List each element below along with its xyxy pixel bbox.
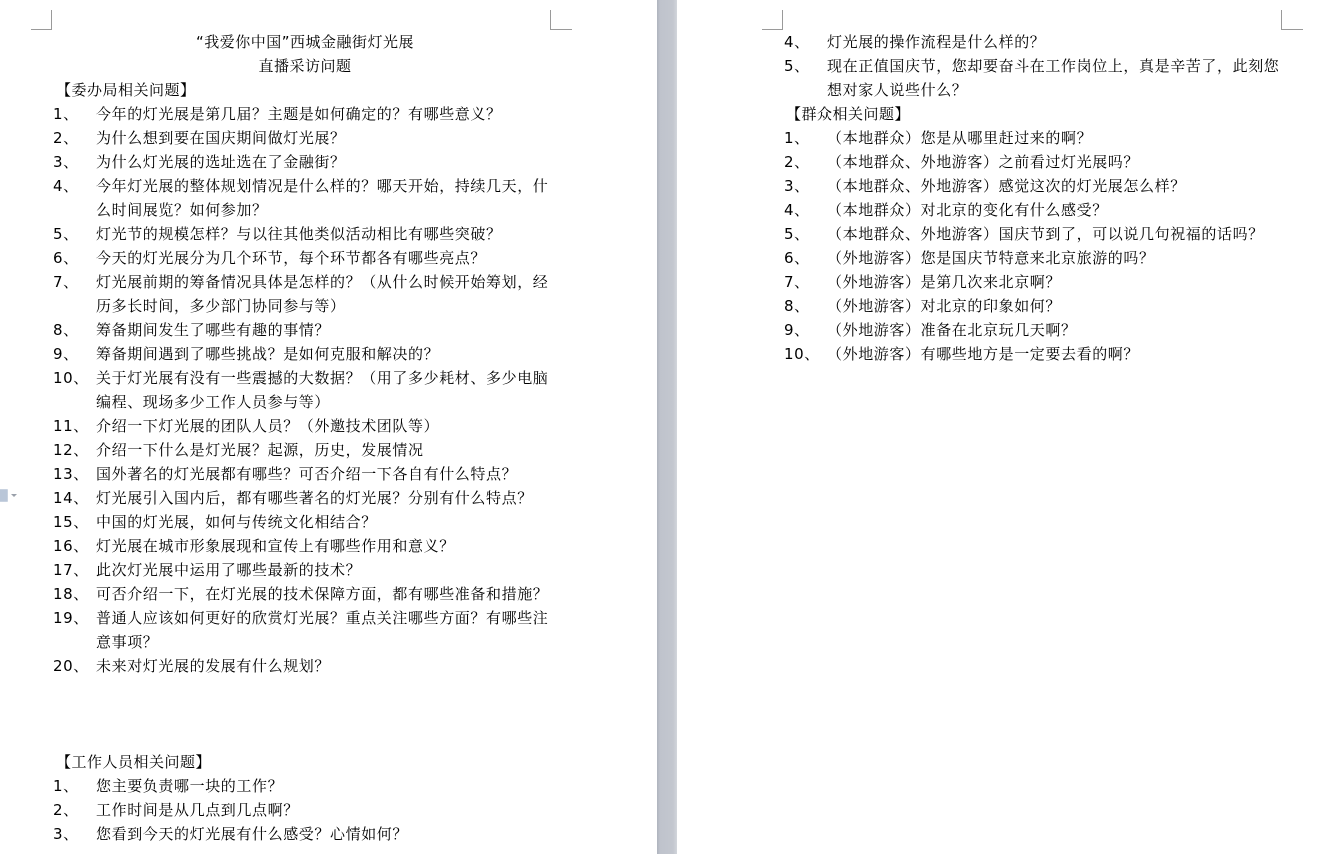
item-number: 1、 xyxy=(53,774,79,798)
clipboard-icon[interactable] xyxy=(0,489,8,502)
item-text: 灯光展的操作流程是什么样的？ xyxy=(827,30,1284,54)
item-number: 2、 xyxy=(53,126,79,150)
list-item: 8、筹备期间发生了哪些有趣的事情？ xyxy=(53,318,553,342)
item-text: 灯光节的规模怎样？与以往其他类似活动相比有哪些突破？ xyxy=(96,222,553,246)
list-item: 10、（外地游客）有哪些地方是一定要去看的啊？ xyxy=(784,342,1284,366)
list-item: 20、未来对灯光展的发展有什么规划？ xyxy=(53,654,553,678)
item-text: 介绍一下灯光展的团队人员？（外邀技术团队等） xyxy=(96,414,553,438)
list-item: 16、灯光展在城市形象展现和宣传上有哪些作用和意义？ xyxy=(53,534,553,558)
item-number: 15、 xyxy=(53,510,89,534)
list-item: 7、灯光展前期的筹备情况具体是怎样的？（从什么时候开始筹划，经历多长时间，多少部… xyxy=(53,270,553,318)
item-text: 灯光展前期的筹备情况具体是怎样的？（从什么时候开始筹划，经历多长时间，多少部门协… xyxy=(96,270,553,318)
item-text: 中国的灯光展，如何与传统文化相结合？ xyxy=(96,510,553,534)
list-item: 6、（外地游客）您是国庆节特意来北京旅游的吗？ xyxy=(784,246,1284,270)
item-text: （外地游客）准备在北京玩几天啊？ xyxy=(827,318,1284,342)
question-list-committee: 1、今年的灯光展是第几届？主题是如何确定的？有哪些意义？ 2、为什么想到要在国庆… xyxy=(53,102,553,678)
list-item: 1、您主要负责哪一块的工作？ xyxy=(53,774,553,798)
item-number: 4、 xyxy=(784,30,810,54)
item-number: 10、 xyxy=(53,366,89,390)
list-item: 10、关于灯光展有没有一些震撼的大数据？（用了多少耗材、多少电脑编程、现场多少工… xyxy=(53,366,553,414)
item-text: 为什么灯光展的选址选在了金融街？ xyxy=(96,150,553,174)
item-text: （本地群众、外地游客）感觉这次的灯光展怎么样？ xyxy=(827,174,1284,198)
document-page-1[interactable]: “我爱你中国”西城金融街灯光展 直播采访问题 【委办局相关问题】 1、今年的灯光… xyxy=(0,0,657,854)
item-text: （外地游客）对北京的印象如何？ xyxy=(827,294,1284,318)
list-item: 13、国外著名的灯光展都有哪些？可否介绍一下各自有什么特点？ xyxy=(53,462,553,486)
item-number: 2、 xyxy=(53,798,79,822)
item-number: 1、 xyxy=(784,126,810,150)
item-text: 今年的灯光展是第几届？主题是如何确定的？有哪些意义？ xyxy=(96,102,553,126)
list-item: 5、（本地群众、外地游客）国庆节到了，可以说几句祝福的话吗？ xyxy=(784,222,1284,246)
list-item: 9、（外地游客）准备在北京玩几天啊？ xyxy=(784,318,1284,342)
item-text: 现在正值国庆节，您却要奋斗在工作岗位上，真是辛苦了，此刻您想对家人说些什么？ xyxy=(827,54,1284,102)
item-number: 1、 xyxy=(53,102,79,126)
document-title: “我爱你中国”西城金融街灯光展 xyxy=(60,30,550,54)
section-header-committee: 【委办局相关问题】 xyxy=(56,78,196,102)
item-number: 4、 xyxy=(784,198,810,222)
item-text: 今年灯光展的整体规划情况是什么样的？哪天开始，持续几天，什么时间展览？如何参加？ xyxy=(96,174,553,222)
list-item: 3、（本地群众、外地游客）感觉这次的灯光展怎么样？ xyxy=(784,174,1284,198)
item-text: 筹备期间遇到了哪些挑战？是如何克服和解决的？ xyxy=(96,342,553,366)
item-number: 5、 xyxy=(784,222,810,246)
list-item: 2、工作时间是从几点到几点啊？ xyxy=(53,798,553,822)
section-header-public: 【群众相关问题】 xyxy=(786,102,910,126)
item-number: 3、 xyxy=(784,174,810,198)
item-text: 未来对灯光展的发展有什么规划？ xyxy=(96,654,553,678)
list-item: 2、为什么想到要在国庆期间做灯光展？ xyxy=(53,126,553,150)
item-number: 4、 xyxy=(53,174,79,198)
item-number: 3、 xyxy=(53,150,79,174)
item-text: 介绍一下什么是灯光展？起源，历史，发展情况 xyxy=(96,438,553,462)
list-item: 4、（本地群众）对北京的变化有什么感受？ xyxy=(784,198,1284,222)
item-text: 关于灯光展有没有一些震撼的大数据？（用了多少耗材、多少电脑编程、现场多少工作人员… xyxy=(96,366,553,414)
item-number: 14、 xyxy=(53,486,89,510)
item-text: 此次灯光展中运用了哪些最新的技术？ xyxy=(96,558,553,582)
item-text: 灯光展在城市形象展现和宣传上有哪些作用和意义？ xyxy=(96,534,553,558)
item-number: 12、 xyxy=(53,438,89,462)
item-text: 工作时间是从几点到几点啊？ xyxy=(96,798,553,822)
page-gutter xyxy=(657,0,677,854)
list-item: 4、灯光展的操作流程是什么样的？ xyxy=(784,30,1284,54)
list-item: 12、介绍一下什么是灯光展？起源，历史，发展情况 xyxy=(53,438,553,462)
item-text: 灯光展引入国内后，都有哪些著名的灯光展？分别有什么特点？ xyxy=(96,486,553,510)
item-number: 8、 xyxy=(53,318,79,342)
item-number: 11、 xyxy=(53,414,89,438)
item-text: 国外著名的灯光展都有哪些？可否介绍一下各自有什么特点？ xyxy=(96,462,553,486)
page-corner-mark-top-right xyxy=(1281,10,1303,30)
item-number: 19、 xyxy=(53,606,89,630)
list-item: 19、普通人应该如何更好的欣赏灯光展？重点关注哪些方面？有哪些注意事项？ xyxy=(53,606,553,654)
list-item: 11、介绍一下灯光展的团队人员？（外邀技术团队等） xyxy=(53,414,553,438)
list-item: 6、今天的灯光展分为几个环节，每个环节都各有哪些亮点？ xyxy=(53,246,553,270)
item-number: 16、 xyxy=(53,534,89,558)
item-text: （本地群众）对北京的变化有什么感受？ xyxy=(827,198,1284,222)
item-number: 20、 xyxy=(53,654,89,678)
list-item: 9、筹备期间遇到了哪些挑战？是如何克服和解决的？ xyxy=(53,342,553,366)
item-number: 2、 xyxy=(784,150,810,174)
item-number: 7、 xyxy=(53,270,79,294)
item-number: 17、 xyxy=(53,558,89,582)
list-item: 14、灯光展引入国内后，都有哪些著名的灯光展？分别有什么特点？ xyxy=(53,486,553,510)
question-list-staff: 1、您主要负责哪一块的工作？ 2、工作时间是从几点到几点啊？ 3、您看到今天的灯… xyxy=(53,774,553,846)
item-number: 18、 xyxy=(53,582,89,606)
page-corner-mark-top-left xyxy=(31,10,52,30)
item-number: 9、 xyxy=(53,342,79,366)
list-item: 3、您看到今天的灯光展有什么感受？心情如何？ xyxy=(53,822,553,846)
list-item: 2、（本地群众、外地游客）之前看过灯光展吗？ xyxy=(784,150,1284,174)
list-item: 1、今年的灯光展是第几届？主题是如何确定的？有哪些意义？ xyxy=(53,102,553,126)
item-text: 普通人应该如何更好的欣赏灯光展？重点关注哪些方面？有哪些注意事项？ xyxy=(96,606,553,654)
item-number: 8、 xyxy=(784,294,810,318)
item-text: 为什么想到要在国庆期间做灯光展？ xyxy=(96,126,553,150)
list-item: 17、此次灯光展中运用了哪些最新的技术？ xyxy=(53,558,553,582)
item-text: （本地群众、外地游客）国庆节到了，可以说几句祝福的话吗？ xyxy=(827,222,1284,246)
list-item: 5、灯光节的规模怎样？与以往其他类似活动相比有哪些突破？ xyxy=(53,222,553,246)
item-text: （外地游客）您是国庆节特意来北京旅游的吗？ xyxy=(827,246,1284,270)
section-header-staff: 【工作人员相关问题】 xyxy=(56,750,211,774)
question-list-public: 1、（本地群众）您是从哪里赶过来的啊？ 2、（本地群众、外地游客）之前看过灯光展… xyxy=(784,126,1284,366)
item-number: 6、 xyxy=(53,246,79,270)
document-subtitle: 直播采访问题 xyxy=(60,54,550,78)
item-text: 可否介绍一下，在灯光展的技术保障方面，都有哪些准备和措施？ xyxy=(96,582,553,606)
list-item: 8、（外地游客）对北京的印象如何？ xyxy=(784,294,1284,318)
item-text: 筹备期间发生了哪些有趣的事情？ xyxy=(96,318,553,342)
item-number: 13、 xyxy=(53,462,89,486)
list-item: 1、（本地群众）您是从哪里赶过来的啊？ xyxy=(784,126,1284,150)
item-number: 3、 xyxy=(53,822,79,846)
page-corner-mark-top-right xyxy=(550,10,572,30)
item-number: 5、 xyxy=(784,54,810,78)
item-text: （外地游客）是第几次来北京啊？ xyxy=(827,270,1284,294)
item-text: （本地群众）您是从哪里赶过来的啊？ xyxy=(827,126,1284,150)
page-corner-mark-top-left xyxy=(762,10,783,30)
item-number: 6、 xyxy=(784,246,810,270)
item-text: 您看到今天的灯光展有什么感受？心情如何？ xyxy=(96,822,553,846)
chevron-down-icon[interactable] xyxy=(11,494,17,497)
item-number: 5、 xyxy=(53,222,79,246)
document-page-2[interactable]: 4、灯光展的操作流程是什么样的？ 5、现在正值国庆节，您却要奋斗在工作岗位上，真… xyxy=(677,0,1320,854)
question-list-staff-continued: 4、灯光展的操作流程是什么样的？ 5、现在正值国庆节，您却要奋斗在工作岗位上，真… xyxy=(784,30,1284,102)
list-item: 3、为什么灯光展的选址选在了金融街？ xyxy=(53,150,553,174)
item-number: 10、 xyxy=(784,342,820,366)
list-item: 4、今年灯光展的整体规划情况是什么样的？哪天开始，持续几天，什么时间展览？如何参… xyxy=(53,174,553,222)
item-text: 您主要负责哪一块的工作？ xyxy=(96,774,553,798)
list-item: 15、中国的灯光展，如何与传统文化相结合？ xyxy=(53,510,553,534)
item-text: （外地游客）有哪些地方是一定要去看的啊？ xyxy=(827,342,1284,366)
list-item: 18、可否介绍一下，在灯光展的技术保障方面，都有哪些准备和措施？ xyxy=(53,582,553,606)
list-item: 7、（外地游客）是第几次来北京啊？ xyxy=(784,270,1284,294)
list-item: 5、现在正值国庆节，您却要奋斗在工作岗位上，真是辛苦了，此刻您想对家人说些什么？ xyxy=(784,54,1284,102)
item-number: 9、 xyxy=(784,318,810,342)
item-number: 7、 xyxy=(784,270,810,294)
item-text: （本地群众、外地游客）之前看过灯光展吗？ xyxy=(827,150,1284,174)
item-text: 今天的灯光展分为几个环节，每个环节都各有哪些亮点？ xyxy=(96,246,553,270)
